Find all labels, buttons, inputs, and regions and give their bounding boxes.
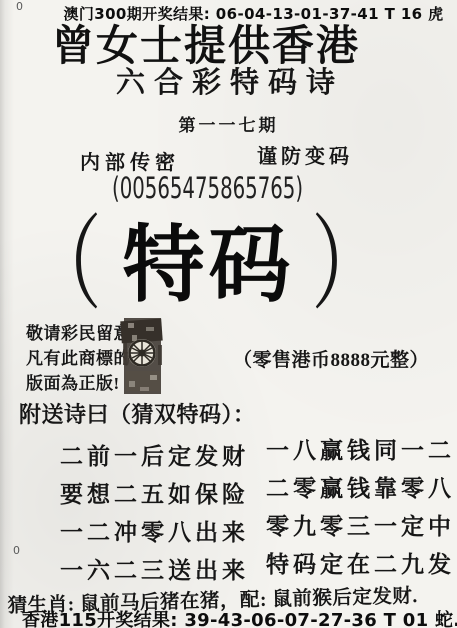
issue-number: 第一一七期 xyxy=(0,111,457,136)
anti-tamper-label: 谨防变码 xyxy=(257,140,353,169)
authenticity-notice: 敬请彩民留意 凡有此商標的 版面為正版! xyxy=(26,321,130,396)
notice-line: 凡有此商標的 xyxy=(26,346,130,371)
close-paren: ） xyxy=(311,215,385,318)
retail-price: （零售港币8888元整） xyxy=(233,345,429,372)
poem-line: 要想二五如保险 xyxy=(60,476,249,514)
notice-line: 敬请彩民留意 xyxy=(26,321,130,346)
poem-line: 一八赢钱同一二 xyxy=(266,432,455,470)
flyer-page: 0 澳门300期开奖结果: 06-04-13-01-37-41 T 16 虎 曾… xyxy=(0,0,457,628)
open-paren: （ xyxy=(29,215,103,318)
poem-line: 一二冲零八出来 xyxy=(60,514,249,552)
scan-artifact-mark: 0 xyxy=(16,0,23,13)
poem-line: 二前一后定发财 xyxy=(60,438,249,476)
subtitle: 六合彩特码诗 xyxy=(105,60,355,101)
scan-artifact-mark: 0 xyxy=(13,544,20,557)
poem-line: 特码定在二九发 xyxy=(266,546,455,584)
trademark-stamp-icon xyxy=(120,315,165,397)
special-code-text: 特码 xyxy=(122,224,294,308)
poem-line: 零九零三一定中 xyxy=(266,508,455,546)
special-code-banner: （ 特码 ） xyxy=(0,216,435,316)
poem-column-left: 二前一后定发财 要想二五如保险 一二冲零八出来 一六二三送出来 xyxy=(60,438,249,590)
hongkong-results-line: 香港115开奖结果: 39-43-06-07-27-36 T 01 蛇. xyxy=(22,606,457,628)
code-number: (00565475865765) xyxy=(112,171,303,205)
poem-heading: 附送诗曰（猜双特码）： xyxy=(19,398,256,429)
poem-line: 二零赢钱靠零八 xyxy=(266,470,455,508)
notice-line: 版面為正版! xyxy=(26,371,130,396)
poem-column-right: 一八赢钱同一二 二零赢钱靠零八 零九零三一定中 特码定在二九发 xyxy=(266,432,455,584)
